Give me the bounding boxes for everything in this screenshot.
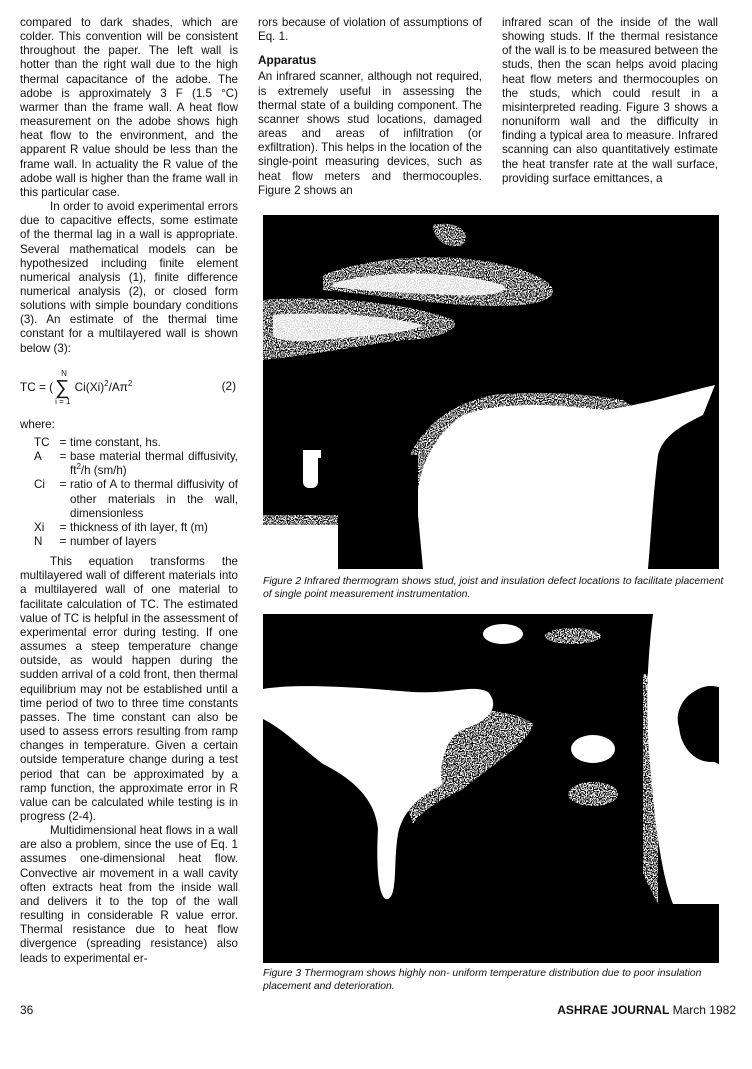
thermogram-image: [263, 614, 719, 963]
definition-text: number of layers: [70, 535, 238, 549]
definition-item: N = number of layers: [34, 535, 238, 549]
figure-3-thermogram: [263, 614, 719, 963]
definition-symbol: A: [34, 450, 56, 478]
summation-symbol: ∑Ni = 1: [55, 379, 69, 397]
text-column-2: rors because of violation of assumptions…: [258, 16, 482, 198]
exponent: 2: [128, 379, 132, 388]
equation-time-constant: TC = (∑Ni = 1 Ci(Xi)2/Aπ2 (2): [20, 366, 238, 410]
paragraph: This equation transforms the multilayere…: [20, 555, 238, 824]
equals-sign: =: [56, 436, 70, 450]
equation-lhs: TC = (: [20, 380, 53, 394]
sum-lower-limit: i = 1: [55, 398, 70, 406]
definition-list: TC = time constant, hs. A = base materia…: [34, 436, 238, 549]
definition-symbol: N: [34, 535, 56, 549]
figure-2-caption: Figure 2 Infrared thermogram shows stud,…: [263, 576, 733, 601]
equation-expression: TC = (∑Ni = 1 Ci(Xi)2/Aπ2: [20, 379, 132, 397]
paragraph: An infrared scanner, although not requir…: [258, 70, 482, 197]
section-heading: Apparatus: [258, 53, 482, 67]
definition-text: time constant, hs.: [70, 436, 238, 450]
equation-body: Ci(Xi): [75, 380, 105, 394]
text-column-3: infrared scan of the inside of the wall …: [502, 16, 718, 186]
sum-upper-limit: N: [61, 370, 67, 378]
figure-2-thermogram: [263, 215, 719, 569]
paragraph: compared to dark shades, which are colde…: [20, 16, 238, 200]
definition-item: Ci = ratio of A to thermal diffusivity o…: [34, 478, 238, 520]
definition-text: ratio of A to thermal diffusivity of oth…: [70, 478, 238, 520]
issue-date: March 1982: [673, 1003, 736, 1017]
equals-sign: =: [56, 478, 70, 520]
definition-item: A = base material thermal diffusivity, f…: [34, 450, 238, 478]
definition-text-post: /h (sm/h): [81, 464, 127, 477]
paragraph: In order to avoid experimental errors du…: [20, 200, 238, 356]
equals-sign: =: [56, 535, 70, 549]
journal-footer: ASHRAE JOURNAL March 1982: [557, 1003, 736, 1017]
journal-name: ASHRAE JOURNAL: [557, 1003, 669, 1017]
page-number: 36: [20, 1003, 33, 1017]
definition-symbol: TC: [34, 436, 56, 450]
definition-text: thickness of ith layer, ft (m): [70, 521, 238, 535]
definition-item: TC = time constant, hs.: [34, 436, 238, 450]
equation-tail: /Aπ: [109, 380, 128, 394]
paragraph: rors because of violation of assumptions…: [258, 16, 482, 44]
definition-symbol: Xi: [34, 521, 56, 535]
definition-item: Xi = thickness of ith layer, ft (m): [34, 521, 238, 535]
equation-number: (2): [222, 379, 236, 393]
paragraph: infrared scan of the inside of the wall …: [502, 16, 718, 186]
equals-sign: =: [56, 450, 70, 478]
definition-text: base material thermal diffusivity, ft2/h…: [70, 450, 238, 478]
where-label: where:: [20, 418, 238, 432]
thermogram-image: [263, 215, 719, 569]
paragraph: Multidimensional heat flows in a wall ar…: [20, 824, 238, 966]
figure-3-caption: Figure 3 Thermogram shows highly non- un…: [263, 968, 733, 993]
text-column-1: compared to dark shades, which are colde…: [20, 16, 238, 966]
definition-symbol: Ci: [34, 478, 56, 520]
equals-sign: =: [56, 521, 70, 535]
